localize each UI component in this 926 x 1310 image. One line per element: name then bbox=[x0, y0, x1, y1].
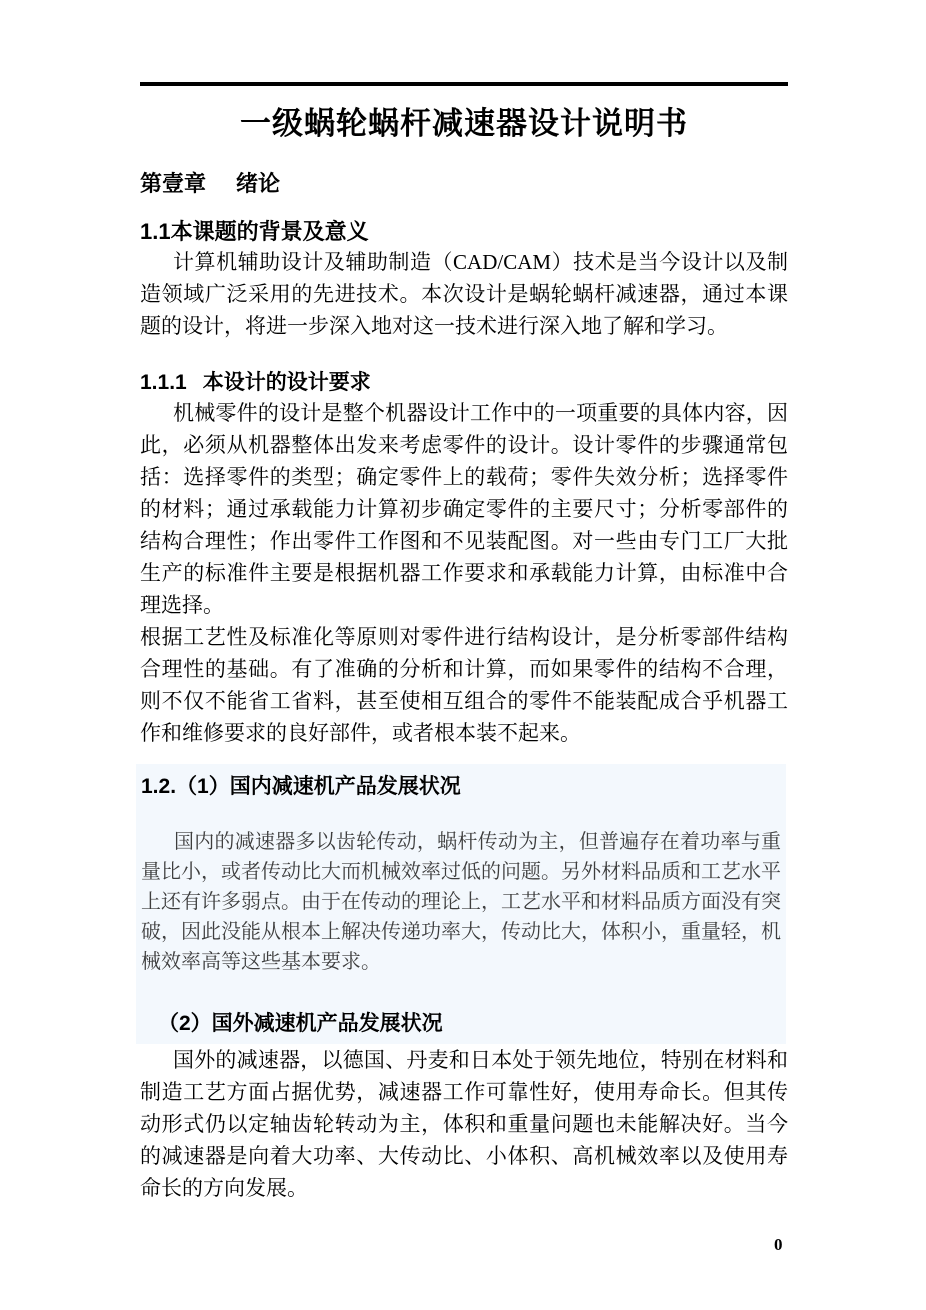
paragraph-structure-design: 根据工艺性及标准化等原则对零件进行结构设计，是分析零部件结构合理性的基础。有了准… bbox=[140, 621, 788, 749]
subsection-number: 1.1.1 bbox=[140, 371, 187, 394]
title-rule bbox=[140, 82, 788, 86]
paragraph-foreign-development: 国外的减速器，以德国、丹麦和日本处于领先地位，特别在材料和制造工艺方面占据优势，… bbox=[140, 1044, 788, 1204]
section-heading-background: 1.1本课题的背景及意义 bbox=[140, 218, 788, 246]
section-heading-foreign-development: （2）国外减速机产品发展状况 bbox=[141, 1010, 781, 1038]
chapter-number: 第壹章 bbox=[140, 171, 206, 196]
subsection-title: 本设计的设计要求 bbox=[203, 371, 371, 394]
page-number: 0 bbox=[774, 1234, 783, 1256]
section-heading-design-requirements: 1.1.1本设计的设计要求 bbox=[140, 369, 788, 397]
document-page: 一级蜗轮蜗杆减速器设计说明书 第壹章绪论 1.1本课题的背景及意义 计算机辅助设… bbox=[0, 0, 926, 1310]
highlighted-excerpt-block: 1.2.（1）国内减速机产品发展状况 国内的减速器多以齿轮传动，蜗杆传动为主，但… bbox=[136, 764, 786, 1044]
paragraph-background: 计算机辅助设计及辅助制造（CAD/CAM）技术是当今设计以及制造领域广泛采用的先… bbox=[140, 246, 788, 342]
paragraph-design-steps: 机械零件的设计是整个机器设计工作中的一项重要的具体内容，因此，必须从机器整体出发… bbox=[140, 397, 788, 621]
document-title: 一级蜗轮蜗杆减速器设计说明书 bbox=[140, 103, 788, 145]
document-content: 一级蜗轮蜗杆减速器设计说明书 第壹章绪论 1.1本课题的背景及意义 计算机辅助设… bbox=[140, 0, 788, 1204]
section-heading-domestic-development: 1.2.（1）国内减速机产品发展状况 bbox=[141, 773, 781, 801]
paragraph-domestic-development: 国内的减速器多以齿轮传动，蜗杆传动为主，但普遍存在着功率与重量比小，或者传动比大… bbox=[141, 827, 781, 977]
chapter-title: 绪论 bbox=[236, 171, 280, 196]
chapter-heading: 第壹章绪论 bbox=[140, 170, 788, 198]
